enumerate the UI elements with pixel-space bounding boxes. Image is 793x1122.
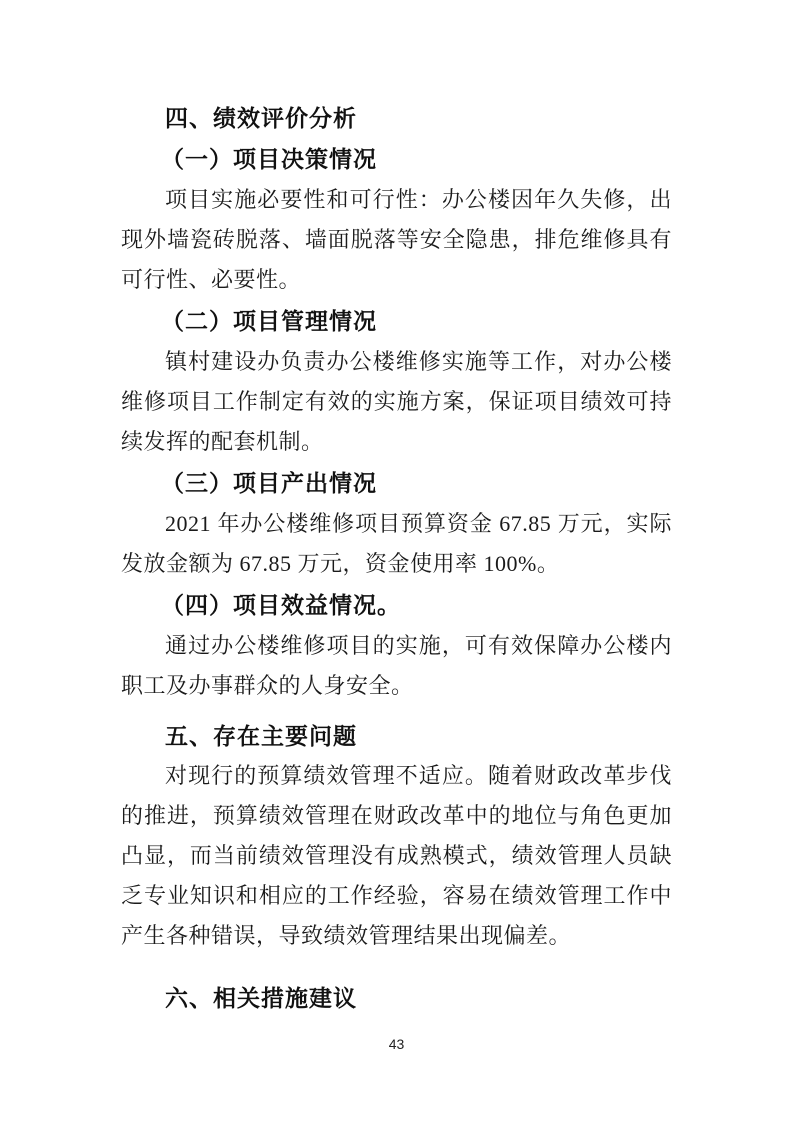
paragraph-project-output: 2021 年办公楼维修项目预算资金 67.85 万元，实际发放金额为 67.85… xyxy=(121,504,672,584)
page-footer: 43 xyxy=(0,1036,793,1054)
subheading-2-project-management: （二）项目管理情况 xyxy=(121,302,672,342)
paragraph-main-problems: 对现行的预算绩效管理不适应。随着财政改革步伐的推进，预算绩效管理在财政改革中的地… xyxy=(121,756,672,956)
heading-section-5-main-problems: 五、存在主要问题 xyxy=(121,716,672,756)
document-page: 四、绩效评价分析 （一）项目决策情况 项目实施必要性和可行性：办公楼因年久失修，… xyxy=(0,0,793,1122)
heading-section-4-performance-evaluation: 四、绩效评价分析 xyxy=(121,98,672,138)
subheading-1-project-decision: （一）项目决策情况 xyxy=(121,140,672,180)
subheading-3-project-output: （三）项目产出情况 xyxy=(121,464,672,504)
paragraph-project-management: 镇村建设办负责办公楼维修实施等工作，对办公楼维修项目工作制定有效的实施方案，保证… xyxy=(121,342,672,462)
subheading-4-project-benefit: （四）项目效益情况。 xyxy=(121,586,672,626)
paragraph-project-decision: 项目实施必要性和可行性：办公楼因年久失修，出现外墙瓷砖脱落、墙面脱落等安全隐患，… xyxy=(121,180,672,300)
page-number: 43 xyxy=(389,1036,405,1052)
heading-section-6-suggestions: 六、相关措施建议 xyxy=(121,978,672,1018)
document-content: 四、绩效评价分析 （一）项目决策情况 项目实施必要性和可行性：办公楼因年久失修，… xyxy=(121,98,672,1018)
paragraph-project-benefit: 通过办公楼维修项目的实施，可有效保障办公楼内职工及办事群众的人身安全。 xyxy=(121,626,672,706)
